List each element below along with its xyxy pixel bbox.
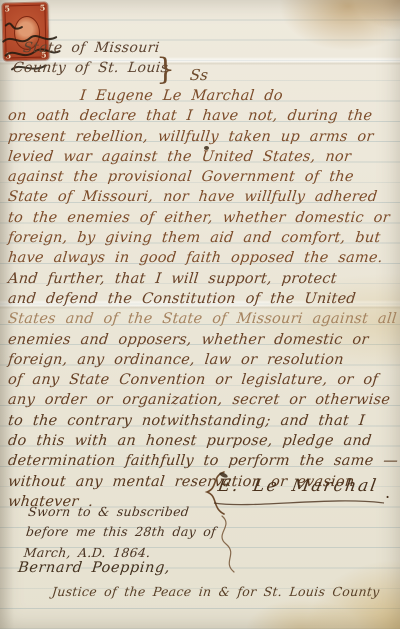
venue-county-line: County of St. Louis <box>12 60 169 76</box>
handwritten-line: foreign, by giving them aid and comfort,… <box>7 228 397 248</box>
handwritten-line: determination faithfully to perform the … <box>7 451 397 471</box>
jurat-line: Sworn to & subscribed <box>27 502 219 522</box>
venue-state-line: State of Missouri <box>22 40 171 56</box>
handwritten-line: foreign, any ordinance, law or resolutio… <box>7 350 397 370</box>
handwritten-line: present rebellion, willfully taken up ar… <box>7 127 397 147</box>
stamp-denomination: 5 <box>4 3 10 13</box>
oath-body: I Eugene Le Marchal do on oath declare t… <box>8 86 396 512</box>
jurat-block: Sworn to & subscribed before me this 28t… <box>23 502 219 563</box>
handwritten-line: States and of the State of Missouri agai… <box>7 309 397 329</box>
handwritten-line: I Eugene Le Marchal do <box>7 86 397 106</box>
stamp-denomination: 5 <box>5 50 11 60</box>
officer-signature: Bernard Poepping, <box>17 560 171 576</box>
handwritten-line: levied war against the United States, no… <box>7 147 397 167</box>
handwritten-line: any order or organization, secret or oth… <box>7 390 397 410</box>
handwritten-line: do this with an honest purpose, pledge a… <box>7 431 397 451</box>
handwritten-line: on oath declare that I have not, during … <box>7 106 397 126</box>
affiant-signature: E. Le Marchal <box>216 476 379 496</box>
officer-title: Justice of the Peace in & for St. Louis … <box>51 584 380 599</box>
handwritten-line: to the enemies of either, whether domest… <box>7 208 397 228</box>
handwritten-line: And further, that I will support, protec… <box>7 269 397 289</box>
venue-heading: State of Missouri County of St. Louis <box>20 40 171 76</box>
handwritten-line: have always in good faith opposed the sa… <box>7 248 397 268</box>
handwritten-line: State of Missouri, nor have willfully ad… <box>7 187 397 207</box>
handwritten-line: against the provisional Government of th… <box>7 167 397 187</box>
venue-ss-mark: Ss <box>189 66 209 84</box>
ink-blot <box>204 146 209 150</box>
document-page: 5 5 5 5 State of Missouri County of St. … <box>0 0 400 629</box>
handwritten-line: to the contrary notwithstanding; and tha… <box>7 411 397 431</box>
stamp-denomination: 5 <box>40 2 46 12</box>
handwritten-line: enemies and opposers, whether domestic o… <box>7 330 397 350</box>
signature-end-mark: . <box>385 483 390 502</box>
handwritten-line: and defend the Constitution of the Unite… <box>7 289 397 309</box>
jurat-line: before me this 28th day of <box>25 522 217 542</box>
handwritten-line: of any State Convention or legislature, … <box>7 370 397 390</box>
venue-brace: } <box>156 52 175 87</box>
